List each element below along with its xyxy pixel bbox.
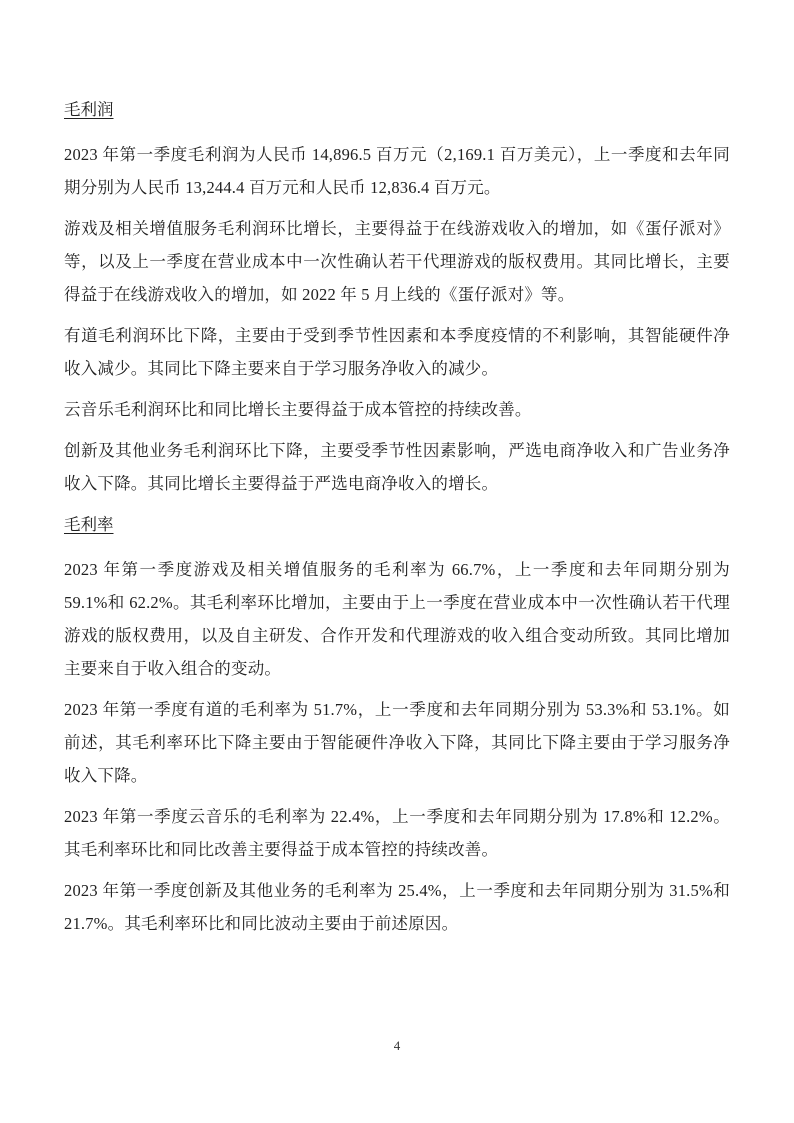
document-page: 毛利润 2023 年第一季度毛利润为人民币 14,896.5 百万元（2,169… — [0, 0, 794, 1123]
paragraph-youdao-gross-margin: 2023 年第一季度有道的毛利率为 51.7%，上一季度和去年同期分别为 53.… — [64, 693, 730, 792]
section-gross-profit: 毛利润 2023 年第一季度毛利润为人民币 14,896.5 百万元（2,169… — [64, 93, 730, 500]
paragraph-innovative-gross-profit: 创新及其他业务毛利润环比下降，主要受季节性因素影响，严选电商净收入和广告业务净收… — [64, 434, 730, 500]
section-heading-gross-margin: 毛利率 — [64, 508, 730, 541]
paragraph-gross-profit-summary: 2023 年第一季度毛利润为人民币 14,896.5 百万元（2,169.1 百… — [64, 138, 730, 204]
page-number: 4 — [0, 1038, 794, 1054]
paragraph-youdao-gross-profit: 有道毛利润环比下降，主要由于受到季节性因素和本季度疫情的不利影响，其智能硬件净收… — [64, 319, 730, 385]
paragraph-cloud-music-gross-profit: 云音乐毛利润环比和同比增长主要得益于成本管控的持续改善。 — [64, 393, 730, 426]
paragraph-games-gross-margin: 2023 年第一季度游戏及相关增值服务的毛利率为 66.7%，上一季度和去年同期… — [64, 553, 730, 685]
section-gross-margin: 毛利率 2023 年第一季度游戏及相关增值服务的毛利率为 66.7%，上一季度和… — [64, 508, 730, 940]
paragraph-games-gross-profit: 游戏及相关增值服务毛利润环比增长，主要得益于在线游戏收入的增加，如《蛋仔派对》等… — [64, 212, 730, 311]
paragraph-cloud-music-gross-margin: 2023 年第一季度云音乐的毛利率为 22.4%，上一季度和去年同期分别为 17… — [64, 800, 730, 866]
paragraph-innovative-gross-margin: 2023 年第一季度创新及其他业务的毛利率为 25.4%，上一季度和去年同期分别… — [64, 874, 730, 940]
section-heading-gross-profit: 毛利润 — [64, 93, 730, 126]
